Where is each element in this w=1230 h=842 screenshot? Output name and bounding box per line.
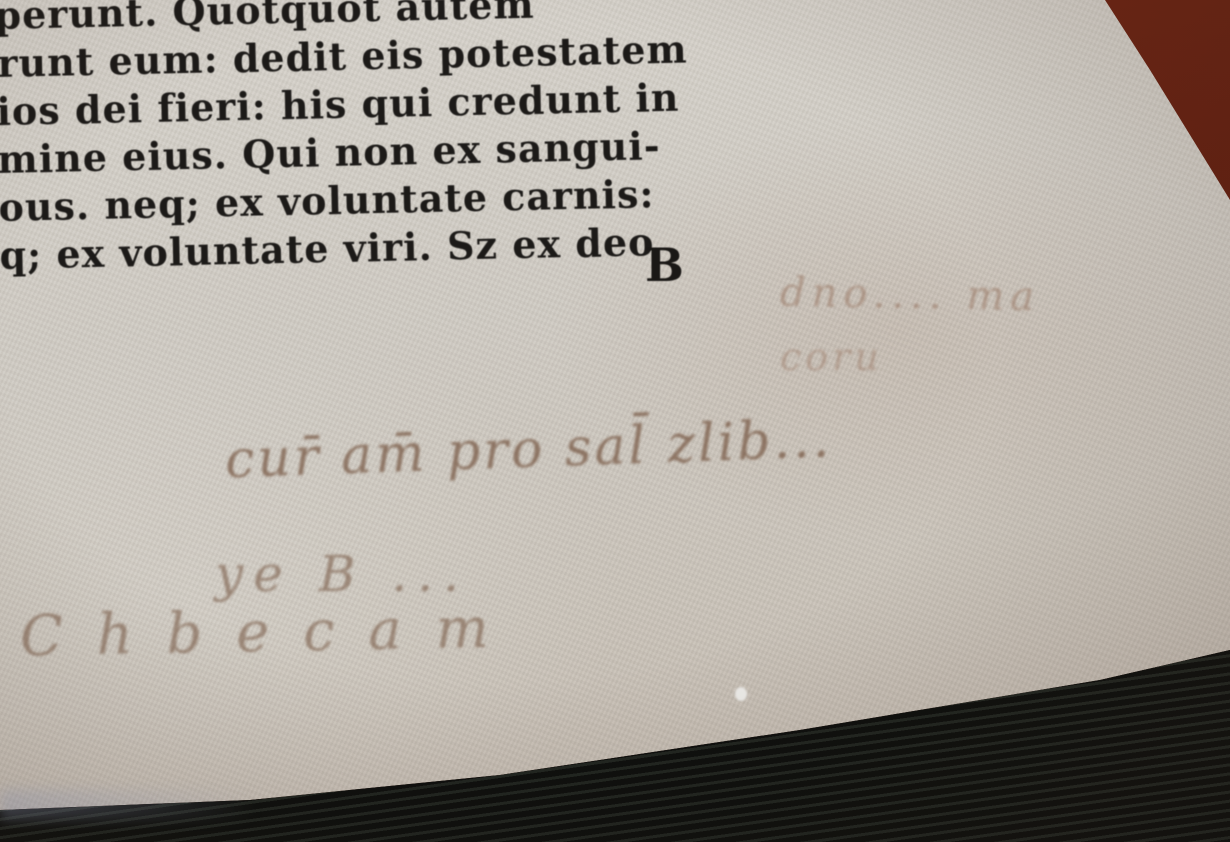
signature-mark: B — [645, 238, 684, 292]
marginalia-line: coru — [780, 335, 883, 379]
marginalia-line: ye B ... — [215, 545, 469, 603]
printed-text-block: perunt. Quotquot autem runt eum: dedit e… — [0, 0, 692, 280]
book-photograph: perunt. Quotquot autem runt eum: dedit e… — [0, 0, 1230, 842]
marginalia-line: dno.... ma — [780, 270, 1041, 321]
paper-spot — [735, 687, 747, 701]
edge-highlight — [0, 790, 260, 820]
marginalia-line: C h b e c a m — [19, 596, 497, 669]
